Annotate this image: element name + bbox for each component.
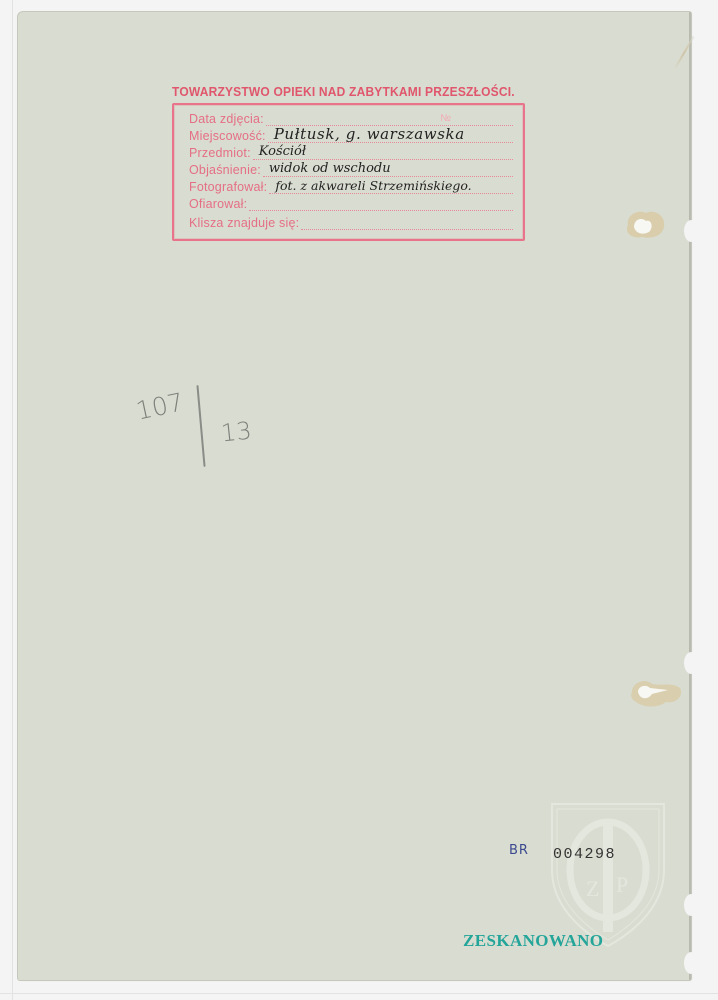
field-label: Fotografował: xyxy=(189,180,267,194)
field-label: Data zdjęcia: xyxy=(189,112,264,126)
field-donor: Ofiarował: xyxy=(189,194,513,211)
card-crease xyxy=(674,36,695,70)
card-notch xyxy=(684,220,698,242)
card-notch xyxy=(684,652,698,674)
field-label: Ofiarował: xyxy=(189,197,247,211)
field-negative-location: Klisza znajduje się: xyxy=(189,213,513,230)
watermark-monogram: Z xyxy=(586,876,599,901)
field-value-line: № xyxy=(266,112,513,126)
field-location: Miejscowość: Pułtusk, g. warszawska xyxy=(189,126,513,143)
number-mark: № xyxy=(440,113,451,124)
field-value: fot. z akwareli Strzemińskiego. xyxy=(275,178,471,193)
field-value-line: Kościół xyxy=(253,146,513,160)
field-label: Objaśnienie: xyxy=(189,163,261,177)
watermark-shield-icon: Z P xyxy=(548,800,668,950)
field-date: Data zdjęcia: № xyxy=(189,109,513,126)
field-subject: Przedmiot: Kościół xyxy=(189,143,513,160)
field-photographer: Fotografował: fot. z akwareli Strzemińsk… xyxy=(189,177,513,194)
stamp-form: Data zdjęcia: № Miejscowość: Pułtusk, g.… xyxy=(172,103,525,241)
field-value: widok od wschodu xyxy=(269,161,391,176)
card-notch xyxy=(684,894,698,916)
field-value: Pułtusk, g. warszawska xyxy=(274,127,465,142)
field-label: Przedmiot: xyxy=(189,146,251,160)
field-value-line: Pułtusk, g. warszawska xyxy=(268,129,513,143)
card-notch xyxy=(684,952,698,974)
damage-hole-icon xyxy=(620,205,670,245)
field-description: Objaśnienie: widok od wschodu xyxy=(189,160,513,177)
field-value-line xyxy=(301,216,513,230)
field-label: Miejscowość: xyxy=(189,129,266,143)
stamp-title: TOWARZYSTWO OPIEKI NAD ZABYTKAMI PRZESZŁ… xyxy=(172,85,542,100)
svg-text:P: P xyxy=(616,872,628,897)
field-label: Klisza znajduje się: xyxy=(189,216,299,230)
pencil-note-right: 13 xyxy=(220,416,253,447)
card-edge xyxy=(689,12,691,980)
scan-frame-line xyxy=(0,993,718,994)
scan-frame-line xyxy=(12,0,13,1000)
scanned-stamp: ZESKANOWANO xyxy=(463,931,613,951)
field-value-line: fot. z akwareli Strzemińskiego. xyxy=(269,180,513,194)
damage-hole-icon xyxy=(628,674,686,710)
field-value-line: widok od wschodu xyxy=(263,163,513,177)
catalog-prefix: BR xyxy=(509,843,529,858)
field-value: Kościół xyxy=(259,144,306,159)
field-value-line xyxy=(249,197,513,211)
inventory-number: 004298 xyxy=(553,846,616,863)
